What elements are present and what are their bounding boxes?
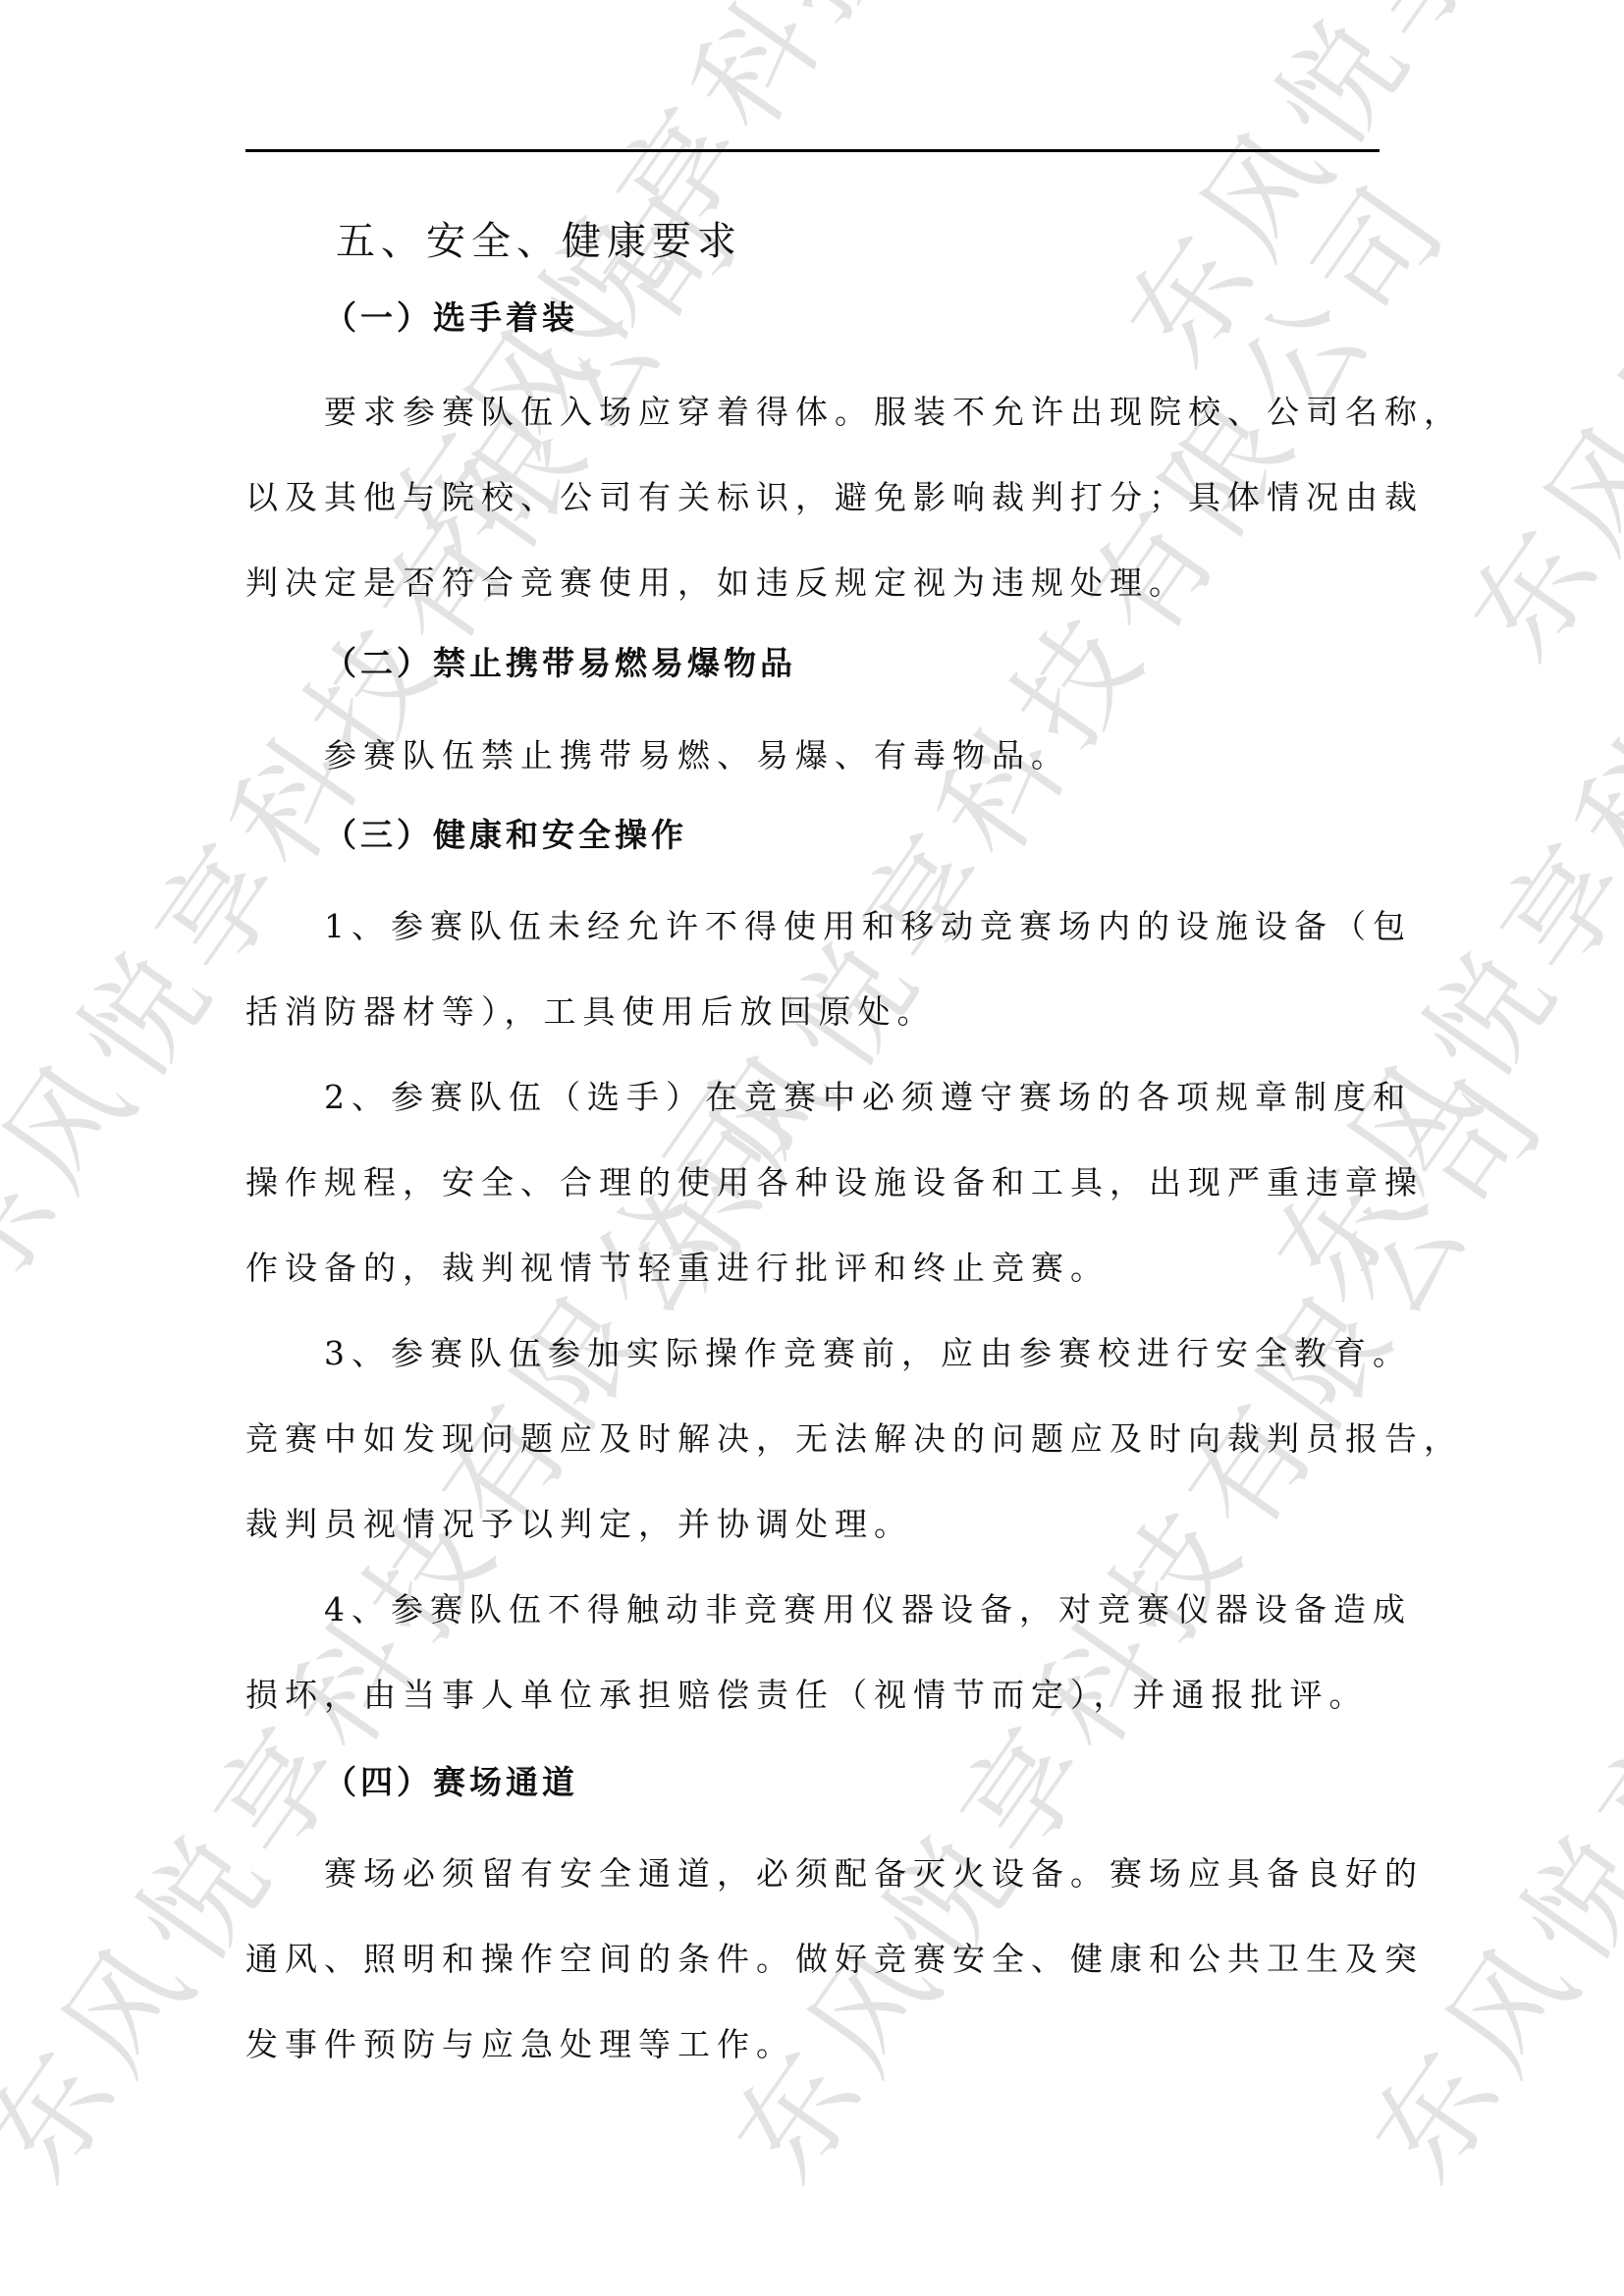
paragraph-attire: 要求参赛队伍入场应穿着得体。服装不允许出现院校、公司名称， 以及其他与院校、公司… [245, 369, 1382, 625]
paragraph-line: 2、参赛队伍（选手）在竞赛中必须遵守赛场的各项规章制度和 [245, 1054, 1382, 1140]
subsection-heading-1: （一）选手着装 [324, 293, 578, 339]
paragraph-line: 4、参赛队伍不得触动非竞赛用仪器设备，对竞赛仪器设备造成 [245, 1567, 1382, 1652]
paragraph-rule-2: 2、参赛队伍（选手）在竞赛中必须遵守赛场的各项规章制度和 操作规程，安全、合理的… [245, 1054, 1382, 1310]
paragraph-line: 损坏，由当事人单位承担赔偿责任（视情节而定），并通报批评。 [245, 1652, 1382, 1737]
subsection-heading-2: （二）禁止携带易燃易爆物品 [324, 638, 796, 684]
paragraph-rule-1: 1、参赛队伍未经允许不得使用和移动竞赛场内的设施设备（包 括消防器材等），工具使… [245, 883, 1382, 1054]
paragraph-rule-4: 4、参赛队伍不得触动非竞赛用仪器设备，对竞赛仪器设备造成 损坏，由当事人单位承担… [245, 1567, 1382, 1737]
paragraph-venue-passage: 赛场必须留有安全通道，必须配备灭火设备。赛场应具备良好的 通风、照明和操作空间的… [245, 1831, 1382, 2087]
paragraph-line: 括消防器材等），工具使用后放回原处。 [245, 969, 1382, 1054]
paragraph-line: 以及其他与院校、公司有关标识，避免影响裁判打分；具体情况由裁 [245, 454, 1382, 540]
paragraph-line: 裁判员视情况予以判定，并协调处理。 [245, 1481, 1382, 1567]
paragraph-line: 3、参赛队伍参加实际操作竞赛前，应由参赛校进行安全教育。 [245, 1310, 1382, 1396]
subsection-heading-3: （三）健康和安全操作 [324, 810, 687, 856]
paragraph-line: 1、参赛队伍未经允许不得使用和移动竞赛场内的设施设备（包 [245, 883, 1382, 969]
paragraph-line: 要求参赛队伍入场应穿着得体。服装不允许出现院校、公司名称， [245, 369, 1382, 454]
paragraph-line: 通风、照明和操作空间的条件。做好竞赛安全、健康和公共卫生及突 [245, 1916, 1382, 2002]
paragraph-line: 作设备的，裁判视情节轻重进行批评和终止竞赛。 [245, 1225, 1382, 1310]
paragraph-line: 判决定是否符合竞赛使用，如违反规定视为违规处理。 [245, 540, 1382, 625]
paragraph-prohibited-items: 参赛队伍禁止携带易燃、易爆、有毒物品。 [245, 713, 1382, 798]
subsection-heading-4: （四）赛场通道 [324, 1757, 578, 1803]
paragraph-line: 参赛队伍禁止携带易燃、易爆、有毒物品。 [245, 713, 1382, 798]
paragraph-line: 赛场必须留有安全通道，必须配备灭火设备。赛场应具备良好的 [245, 1831, 1382, 1916]
watermark-text: 东风悦享科技有限公司 [1080, 0, 1624, 392]
paragraph-line: 操作规程，安全、合理的使用各种设施设备和工具，出现严重违章操 [245, 1140, 1382, 1225]
watermark-text: 东风悦享科技有限公司 [1424, 0, 1624, 686]
paragraph-rule-3: 3、参赛队伍参加实际操作竞赛前，应由参赛校进行安全教育。 竞赛中如发现问题应及时… [245, 1310, 1382, 1567]
header-rule [245, 149, 1380, 152]
paragraph-line: 竞赛中如发现问题应及时解决，无法解决的问题应及时向裁判员报告， [245, 1396, 1382, 1481]
section-title: 五、安全、健康要求 [336, 210, 742, 266]
paragraph-line: 发事件预防与应急处理等工作。 [245, 2002, 1382, 2087]
